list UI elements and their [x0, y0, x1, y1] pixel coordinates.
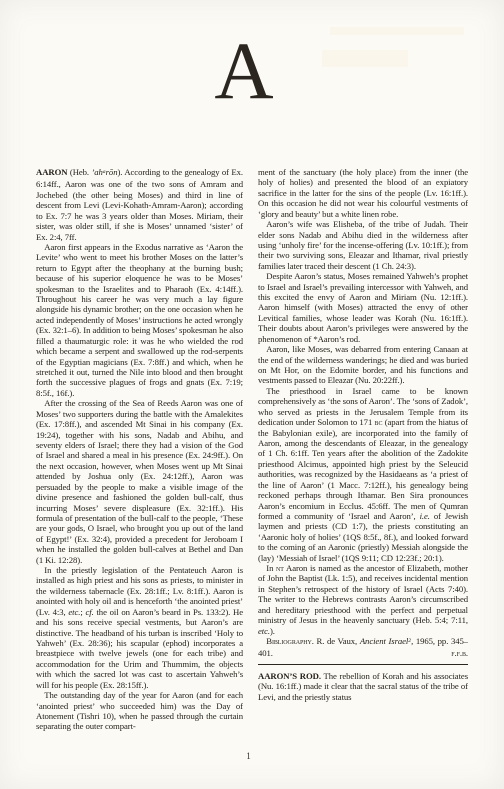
paragraph: After the crossing of the Sea of Reeds A… — [36, 398, 243, 565]
paragraph: In nt Aaron is named as the ancestor of … — [258, 563, 468, 636]
text-column-right: ment of the sanctuary (the holy place) f… — [258, 167, 468, 758]
text-run: 2 — [408, 638, 411, 644]
text-run: nt — [276, 563, 284, 573]
text-run: ment of the sanctuary (the holy place) f… — [258, 167, 468, 219]
bibliography: Bibliography. R. de Vaux, Ancient Israel… — [258, 636, 468, 659]
text-run: Bibliography. — [266, 636, 314, 646]
text-run: R. de Vaux, — [314, 636, 360, 646]
section-letter-heading: A — [200, 30, 288, 112]
text-run: AARON — [36, 167, 67, 177]
text-run: Aaron first appears in the Exodus narrat… — [36, 242, 243, 398]
text-run: ). — [270, 626, 275, 636]
text-run: etc. — [258, 626, 270, 636]
text-run: Aaron, like Moses, was debarred from ent… — [258, 344, 468, 385]
text-run: After the crossing of the Sea of Reeds A… — [36, 398, 243, 564]
text-run: a — [103, 169, 106, 175]
text-run: (Heb. — [67, 167, 91, 177]
author-initials: f.f.b. — [443, 648, 468, 658]
paragraph: ment of the sanctuary (the holy place) f… — [258, 167, 468, 219]
text-run: rōn — [106, 167, 118, 177]
paragraph: Aaron’s wife was Elisheba, of the tribe … — [258, 219, 468, 271]
text-run: The outstanding day of the year for Aaro… — [36, 690, 243, 731]
text-run: cf. — [85, 607, 93, 617]
text-run: Aaron’s wife was Elisheba, of the tribe … — [258, 219, 468, 271]
paragraph: Aaron first appears in the Exodus narrat… — [36, 242, 243, 398]
entry-divider-rule — [258, 664, 468, 665]
text-run: (apart from the hiatus of the Babylonian… — [258, 417, 468, 521]
scan-artifact — [330, 27, 464, 35]
entry-aarons-rod-opening: AARON’S ROD. The rebellion of Korah and … — [258, 671, 468, 702]
paragraph: In the priestly legislation of the Penta… — [36, 565, 243, 690]
text-run: ). According to the genealogy of Ex. 6:1… — [36, 167, 243, 242]
text-run: the oil on Aaron’s beard in Ps. 133:2). … — [36, 607, 243, 690]
text-run: AARON’S ROD. — [258, 671, 321, 681]
entry-aaron-opening: AARON (Heb. ’aharōn). According to the g… — [36, 167, 243, 242]
text-run: ’ah — [91, 167, 102, 177]
text-run: Ancient Israel — [360, 636, 408, 646]
text-run: In — [266, 563, 276, 573]
text-run: etc. — [68, 607, 80, 617]
text-run: Despite Aaron’s status, Moses remained Y… — [258, 271, 468, 344]
page-number: 1 — [0, 751, 497, 761]
text-run: Aaron is named as the ancestor of Elizab… — [258, 563, 468, 625]
scanned-dictionary-page: A AARON (Heb. ’aharōn). According to the… — [0, 0, 504, 789]
text-column-left: AARON (Heb. ’aharōn). According to the g… — [36, 167, 243, 758]
scan-artifact — [322, 50, 408, 67]
paragraph: The priesthood in Israel came to be know… — [258, 386, 468, 563]
paragraph: The outstanding day of the year for Aaro… — [36, 690, 243, 732]
paragraph: Despite Aaron’s status, Moses remained Y… — [258, 271, 468, 344]
paragraph: Aaron, like Moses, was debarred from ent… — [258, 344, 468, 386]
text-run: i.e. — [420, 511, 430, 521]
